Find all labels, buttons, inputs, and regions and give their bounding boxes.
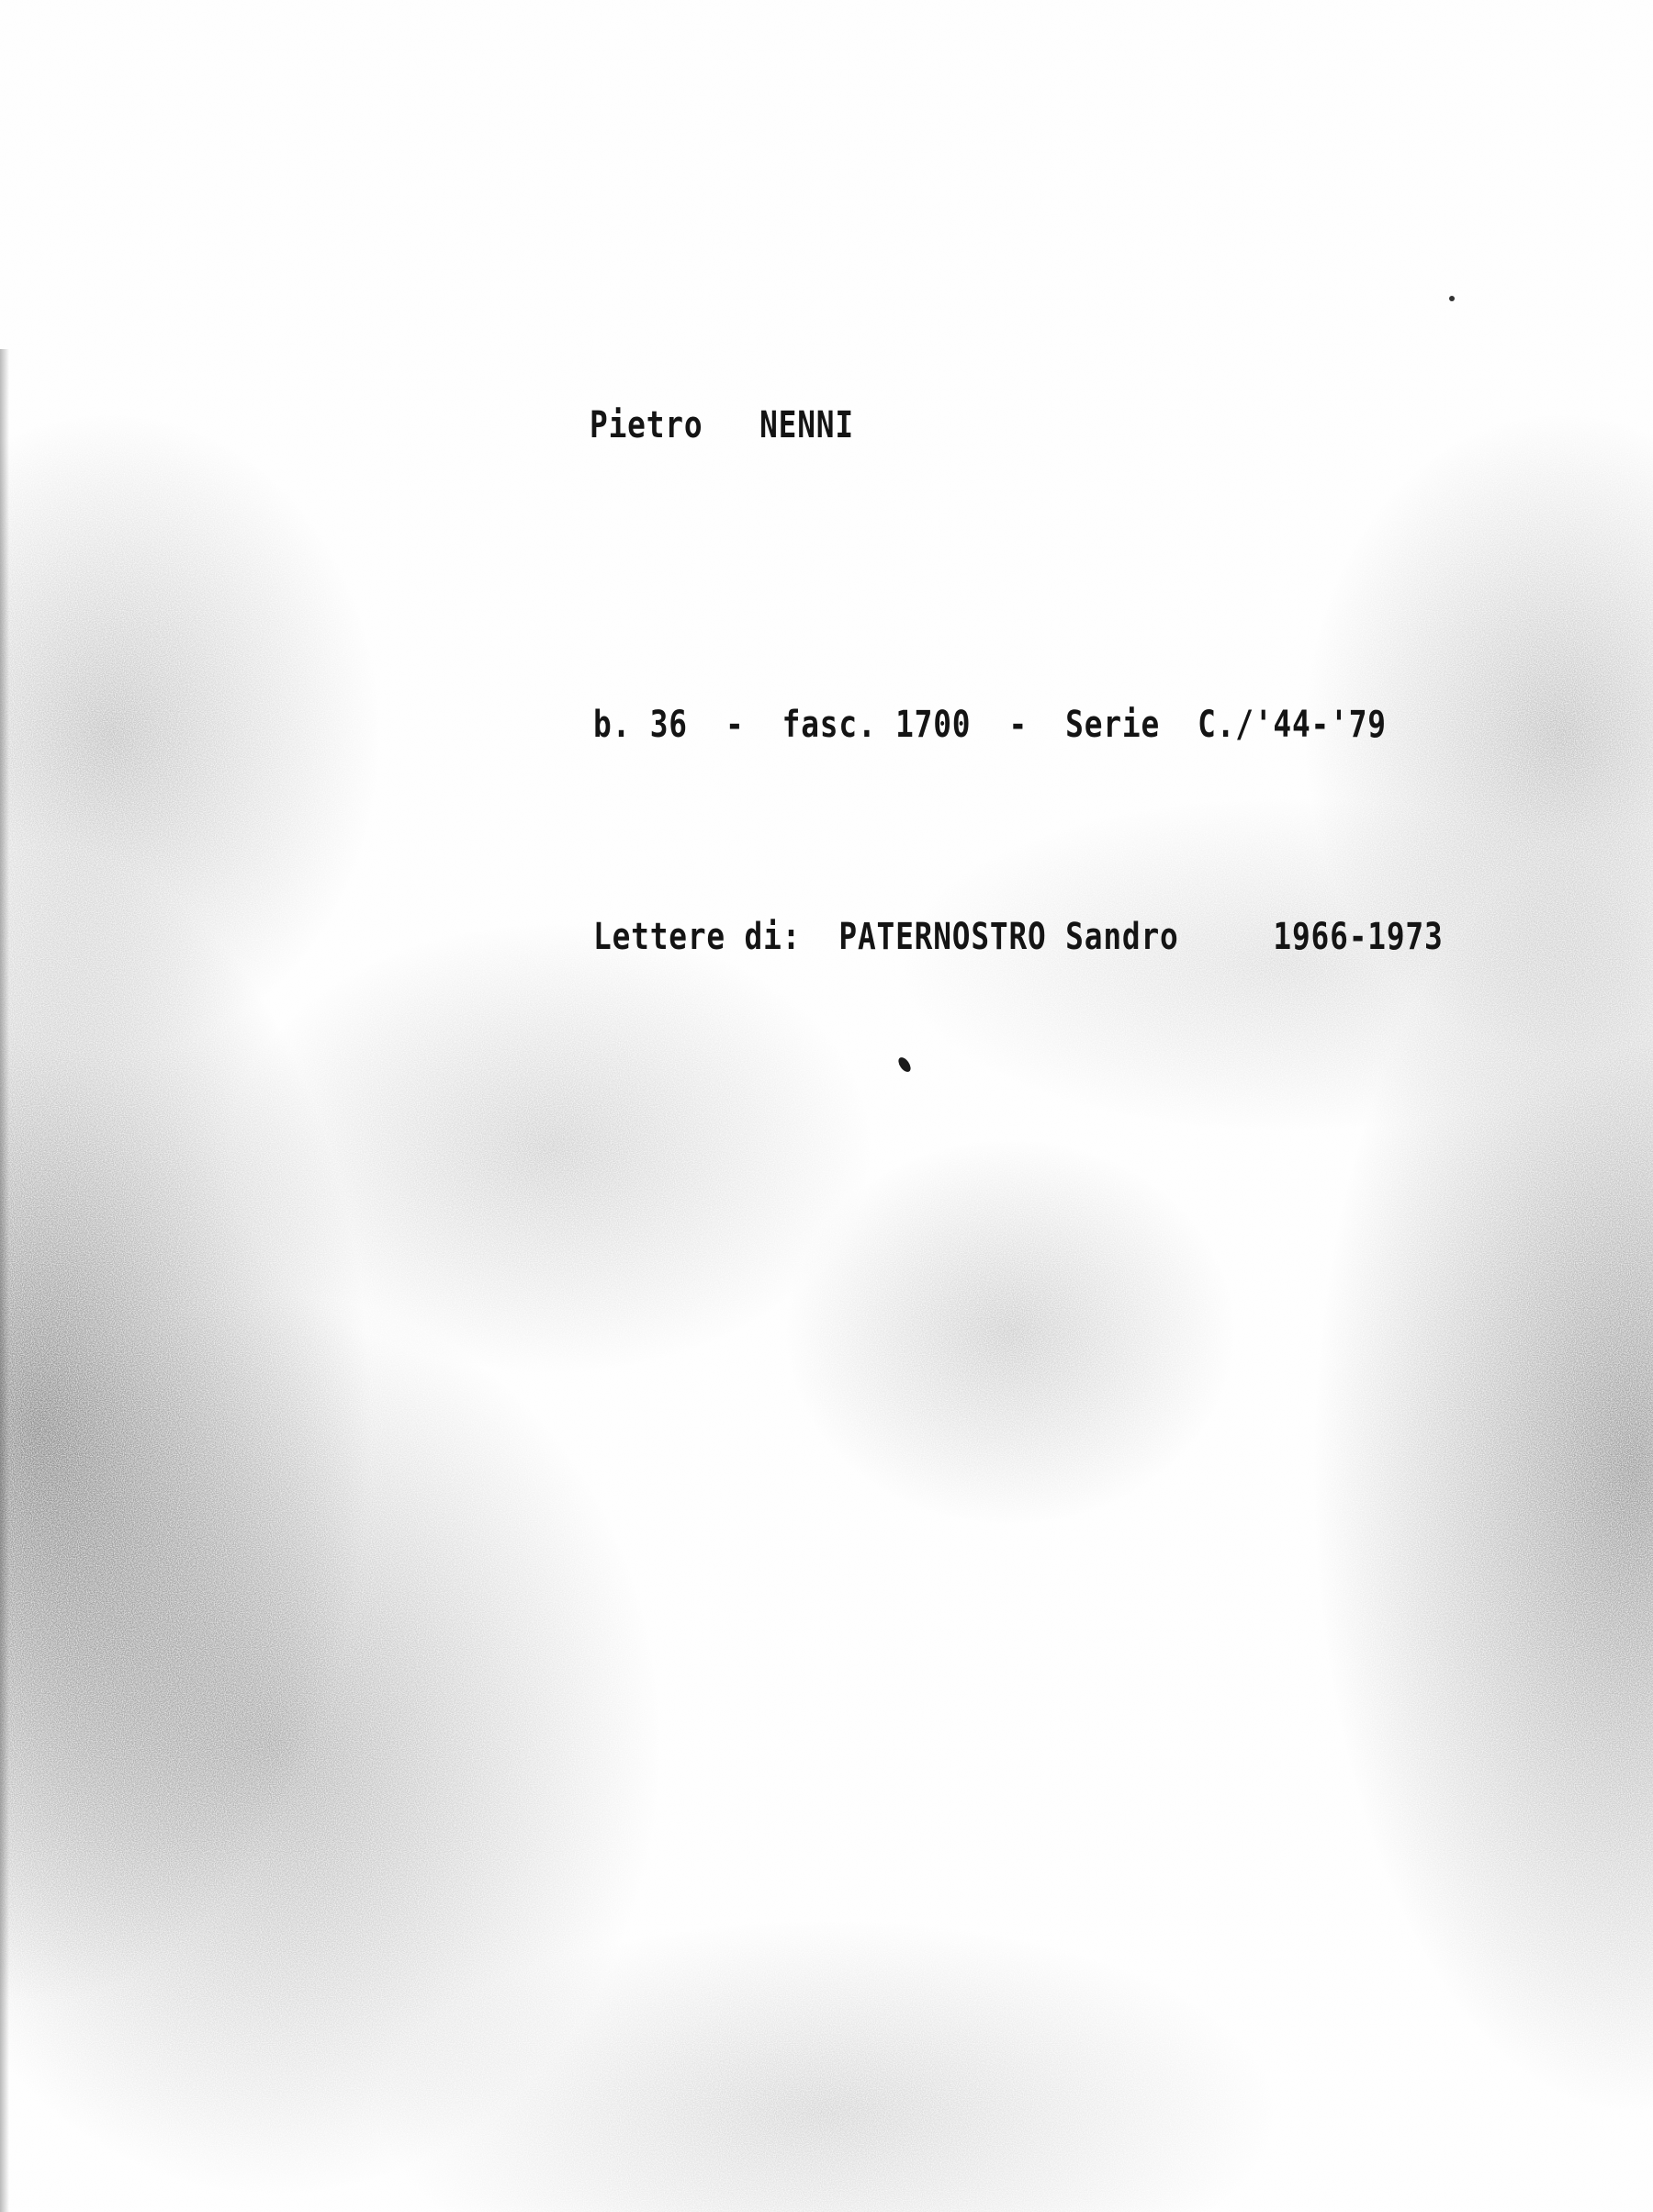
- scan-edge-shadow: [0, 349, 9, 2212]
- ink-speck: [1449, 296, 1455, 301]
- photocopy-grain: [0, 0, 1653, 2212]
- archive-reference: b. 36 - fasc. 1700 - Serie C./'44-'79: [593, 704, 1387, 746]
- letters-description: Lettere di: PATERNOSTRO Sandro 1966-1973: [593, 916, 1444, 958]
- scanned-document-page: Pietro NENNI b. 36 - fasc. 1700 - Serie …: [0, 0, 1653, 2212]
- author-name: Pietro NENNI: [590, 404, 854, 446]
